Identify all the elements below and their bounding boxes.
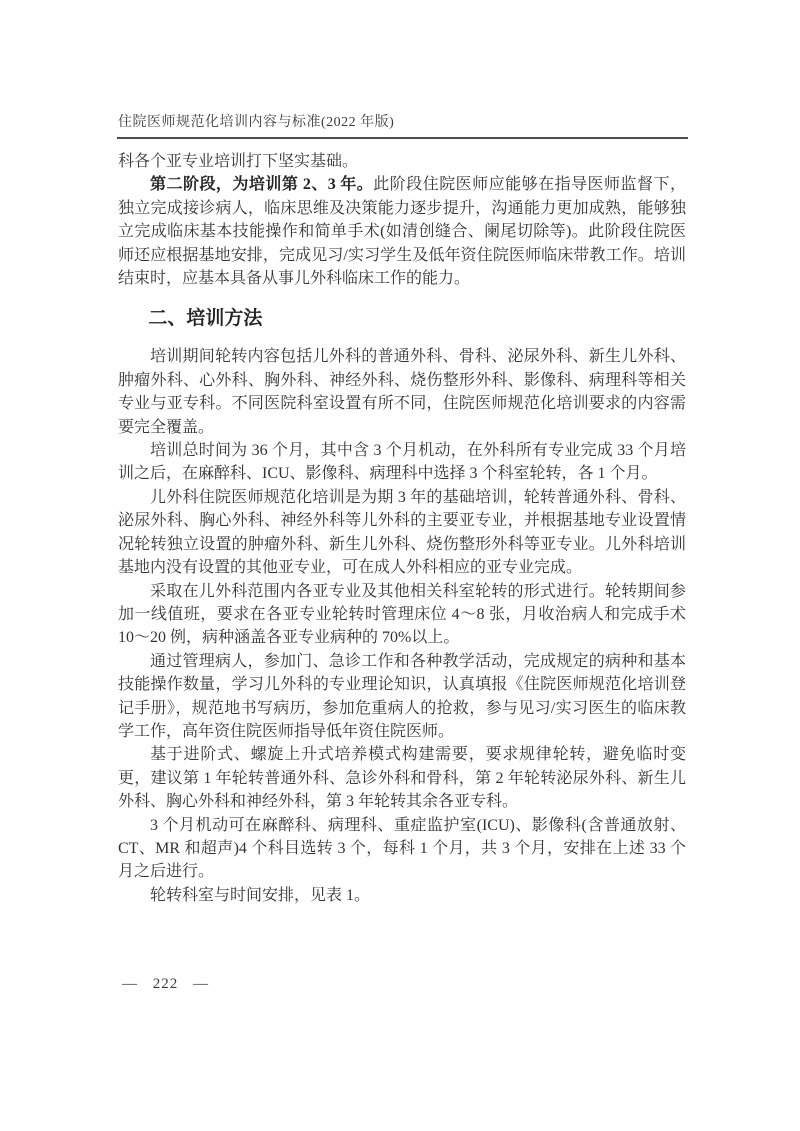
paragraph-continuation: 科各个亚专业培训打下坚实基础。: [118, 150, 686, 173]
paragraph-see-table1: 轮转科室与时间安排，见表 1。: [118, 884, 686, 907]
paragraph-total-duration: 培训总时间为 36 个月，其中含 3 个月机动，在外科所有专业完成 33 个月培…: [118, 439, 686, 486]
section-heading-training-methods: 二、培训方法: [118, 306, 686, 332]
paragraph-patient-management: 通过管理病人，参加门、急诊工作和各种教学活动，完成规定的病种和基本技能操作数量，…: [118, 650, 686, 744]
paragraph-rotation-content: 培训期间轮转内容包括儿外科的普通外科、骨科、泌尿外科、新生儿外科、肿瘤外科、心外…: [118, 345, 686, 439]
paragraph-base-training: 儿外科住院医师规范化培训是为期 3 年的基础培训，轮转普通外科、骨科、泌尿外科、…: [118, 486, 686, 580]
running-header-title: 住院医师规范化培训内容与标准(2022 年版): [118, 111, 688, 131]
page-number: — 222 —: [122, 976, 209, 993]
stage2-bold-lead: 第二阶段，为培训第 2、3 年。: [150, 176, 373, 193]
paragraph-stage2: 第二阶段，为培训第 2、3 年。此阶段住院医师应能够在指导医师监督下，独立完成接…: [118, 173, 686, 290]
paragraph-rotation-form: 采取在儿外科范围内各亚专业及其他相关科室轮转的形式进行。轮转期间参加一线值班，要…: [118, 580, 686, 650]
body-text-block: 科各个亚专业培训打下坚实基础。 第二阶段，为培训第 2、3 年。此阶段住院医师应…: [118, 150, 686, 907]
header-rule: [117, 137, 688, 139]
document-page: 住院医师规范化培训内容与标准(2022 年版) 科各个亚专业培训打下坚实基础。 …: [0, 0, 800, 1131]
paragraph-flexible-months: 3 个月机动可在麻醉科、病理科、重症监护室(ICU)、影像科(含普通放射、CT、…: [118, 814, 686, 884]
paragraph-progressive-model: 基于进阶式、螺旋上升式培养模式构建需要，要求规律轮转，避免临时变更，建议第 1 …: [118, 743, 686, 813]
